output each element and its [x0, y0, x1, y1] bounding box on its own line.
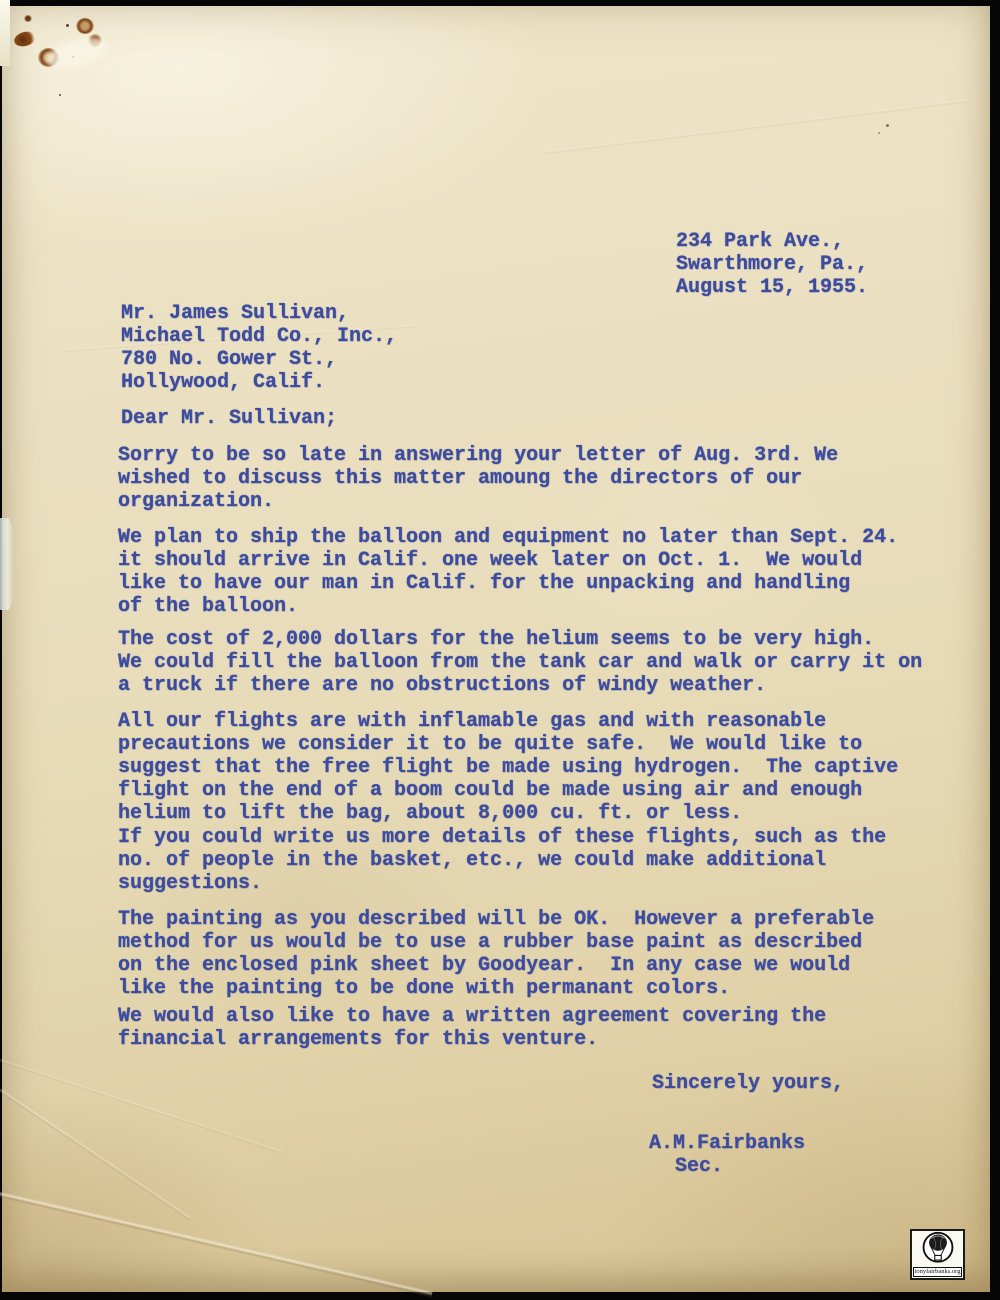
paragraph: The cost of 2,000 dollars for the helium…	[118, 628, 922, 697]
text-line: it should arrive in Calif. one week late…	[118, 549, 898, 572]
signature-name: A.M.Fairbanks	[649, 1132, 805, 1155]
text-line: wished to discuss this matter amoung the…	[118, 467, 838, 490]
paper-speck	[878, 132, 880, 134]
text-line: financial arrangements for this venture.	[118, 1028, 826, 1051]
recipient-address-line: Michael Todd Co., Inc.,	[121, 325, 397, 348]
watermark-logo: tonyfairbanks.org	[910, 1229, 965, 1280]
closing: Sincerely yours,	[652, 1072, 844, 1095]
text-line: We could fill the balloon from the tank …	[118, 651, 922, 674]
edge-tear	[0, 518, 14, 610]
paper-crease	[0, 1185, 433, 1298]
paragraph: The painting as you described will be OK…	[118, 908, 874, 1000]
salutation: Dear Mr. Sullivan;	[121, 407, 337, 430]
rust-stain	[24, 15, 32, 22]
recipient-address: Mr. James Sullivan, Michael Todd Co., In…	[121, 302, 397, 394]
paragraph: We plan to ship the balloon and equipmen…	[118, 526, 898, 618]
text-line: helium to lift the bag, about 8,000 cu. …	[118, 802, 898, 825]
rust-stain	[76, 18, 94, 34]
sender-address: 234 Park Ave., Swarthmore, Pa., August 1…	[676, 230, 868, 299]
paper-speck	[886, 124, 889, 127]
rust-stain	[13, 29, 38, 48]
sender-address-line: 234 Park Ave.,	[676, 230, 868, 253]
paragraph: All our flights are with inflamable gas …	[118, 710, 898, 825]
signature: A.M.Fairbanks Sec.	[649, 1132, 805, 1178]
salutation-line: Dear Mr. Sullivan;	[121, 407, 337, 430]
signature-title: Sec.	[675, 1155, 805, 1178]
recipient-address-line: 780 No. Gower St.,	[121, 348, 397, 371]
text-line: precautions we consider it to be quite s…	[118, 733, 898, 756]
paragraph: We would also like to have a written agr…	[118, 1005, 826, 1051]
recipient-address-line: Mr. James Sullivan,	[121, 302, 397, 325]
text-line: The cost of 2,000 dollars for the helium…	[118, 628, 922, 651]
paper-crease	[0, 1058, 283, 1155]
text-line: on the enclosed pink sheet by Goodyear. …	[118, 954, 874, 977]
text-line: We would also like to have a written agr…	[118, 1005, 826, 1028]
paper-crease	[543, 98, 970, 155]
text-line: like the painting to be done with perman…	[118, 977, 874, 1000]
recipient-address-line: Hollywood, Calif.	[121, 371, 397, 394]
closing-line: Sincerely yours,	[652, 1072, 844, 1095]
text-line: All our flights are with inflamable gas …	[118, 710, 898, 733]
text-line: Sorry to be so late in answering your le…	[118, 444, 838, 467]
paper-speck	[66, 24, 69, 27]
sender-address-line: Swarthmore, Pa.,	[676, 253, 868, 276]
corner-highlight	[0, 0, 10, 66]
text-line: If you could write us more details of th…	[118, 826, 886, 849]
text-line: We plan to ship the balloon and equipmen…	[118, 526, 898, 549]
text-line: organization.	[118, 490, 838, 513]
date-line: August 15, 1955.	[676, 276, 868, 299]
paragraph: Sorry to be so late in answering your le…	[118, 444, 838, 513]
text-line: no. of people in the basket, etc., we co…	[118, 849, 886, 872]
text-line: of the balloon.	[118, 595, 898, 618]
text-line: like to have our man in Calif. for the u…	[118, 572, 898, 595]
text-line: a truck if there are no obstructions of …	[118, 674, 922, 697]
watermark-text: tonyfairbanks.org	[913, 1267, 963, 1277]
hot-air-balloon-icon	[921, 1231, 955, 1267]
paper-speck	[59, 94, 61, 96]
letter-paper: 234 Park Ave., Swarthmore, Pa., August 1…	[2, 6, 990, 1292]
text-line: suggest that the free flight be made usi…	[118, 756, 898, 779]
text-line: flight on the end of a boom could be mad…	[118, 779, 898, 802]
text-line: The painting as you described will be OK…	[118, 908, 874, 931]
text-line: method for us would be to use a rubber b…	[118, 931, 874, 954]
text-line: suggestions.	[118, 872, 886, 895]
paragraph: If you could write us more details of th…	[118, 826, 886, 895]
